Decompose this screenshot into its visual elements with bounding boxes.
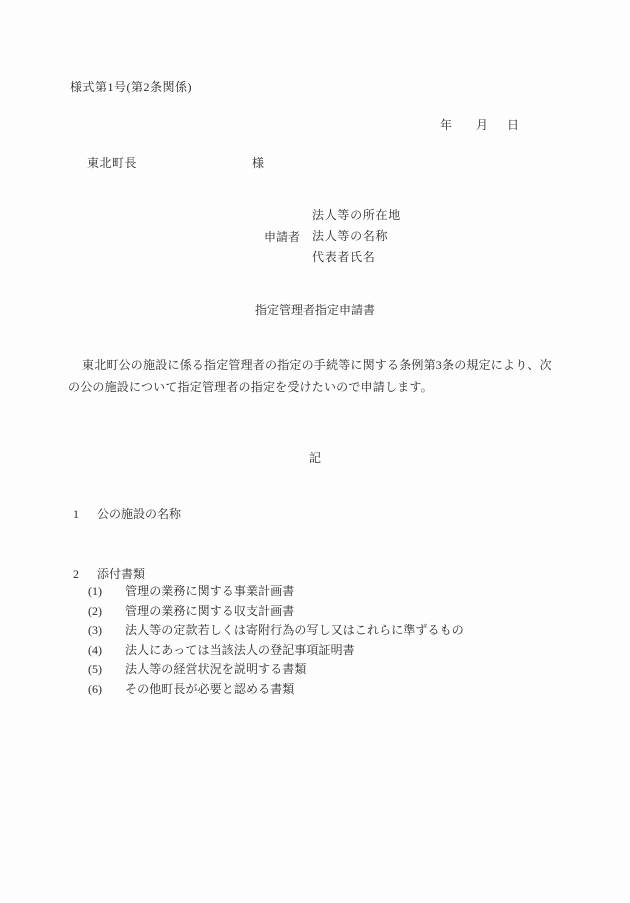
item-attached-documents: 2 添付書類 [73,568,145,580]
attachment-number: (3) [88,624,125,636]
attachment-number: (6) [88,683,125,695]
attachment-text: 法人等の経営状況を説明する書類 [125,663,307,675]
date-day-label: 日 [507,118,519,132]
attachment-text: 管理の業務に関する収支計画書 [125,605,294,617]
date-month-label: 月 [476,118,488,132]
attachment-number: (2) [88,605,125,617]
attachment-list: (1) 管理の業務に関する事業計画書 (2) 管理の業務に関する収支計画書 (3… [88,585,464,702]
attachment-text: 法人にあっては当該法人の登記事項証明書 [125,644,355,656]
applicant-fields: 法人等の所在地 法人等の名称 代表者氏名 [312,209,401,272]
date-year-label: 年 [440,118,452,132]
attachment-item: (4) 法人にあっては当該法人の登記事項証明書 [88,644,464,656]
applicant-label: 申請者 [264,231,300,243]
attachment-item: (5) 法人等の経営状況を説明する書類 [88,663,464,675]
item-label: 添付書類 [97,568,145,580]
item-number: 1 [73,508,97,520]
body-line: の公の施設について指定管理者の指定を受けたいので申請します。 [68,381,552,393]
applicant-field-corporate-name: 法人等の名称 [312,230,401,242]
attachment-item: (2) 管理の業務に関する収支計画書 [88,605,464,617]
applicant-field-address: 法人等の所在地 [312,209,401,221]
attachment-number: (5) [88,663,125,675]
date-line: 年月日 [440,119,519,131]
ki-marker: 記 [0,452,630,464]
attachment-text: 法人等の定款若しくは寄附行為の写し又はこれらに準ずるもの [125,624,464,636]
attachment-text: 管理の業務に関する事業計画書 [125,585,294,597]
attachment-item: (6) その他町長が必要と認める書類 [88,683,464,695]
document-page: 様式第1号(第2条関係) 年月日 東北町長 様 申請者 法人等の所在地 法人等の… [0,0,630,903]
body-paragraph: 東北町公の施設に係る指定管理者の指定の手続等に関する条例第3条の規定により、次 … [68,359,552,393]
body-line: 東北町公の施設に係る指定管理者の指定の手続等に関する条例第3条の規定により、次 [68,359,552,371]
attachment-number: (1) [88,585,125,597]
addressee-honorific: 様 [252,157,264,169]
addressee-name: 東北町長 [87,157,137,169]
form-number-label: 様式第1号(第2条関係) [70,81,192,93]
document-title: 指定管理者指定申請書 [0,304,630,316]
item-label: 公の施設の名称 [97,508,181,520]
item-facility-name: 1 公の施設の名称 [73,508,181,520]
item-number: 2 [73,568,97,580]
attachment-number: (4) [88,644,125,656]
attachment-text: その他町長が必要と認める書類 [125,683,294,695]
applicant-field-representative: 代表者氏名 [312,251,401,263]
attachment-item: (1) 管理の業務に関する事業計画書 [88,585,464,597]
attachment-item: (3) 法人等の定款若しくは寄附行為の写し又はこれらに準ずるもの [88,624,464,636]
